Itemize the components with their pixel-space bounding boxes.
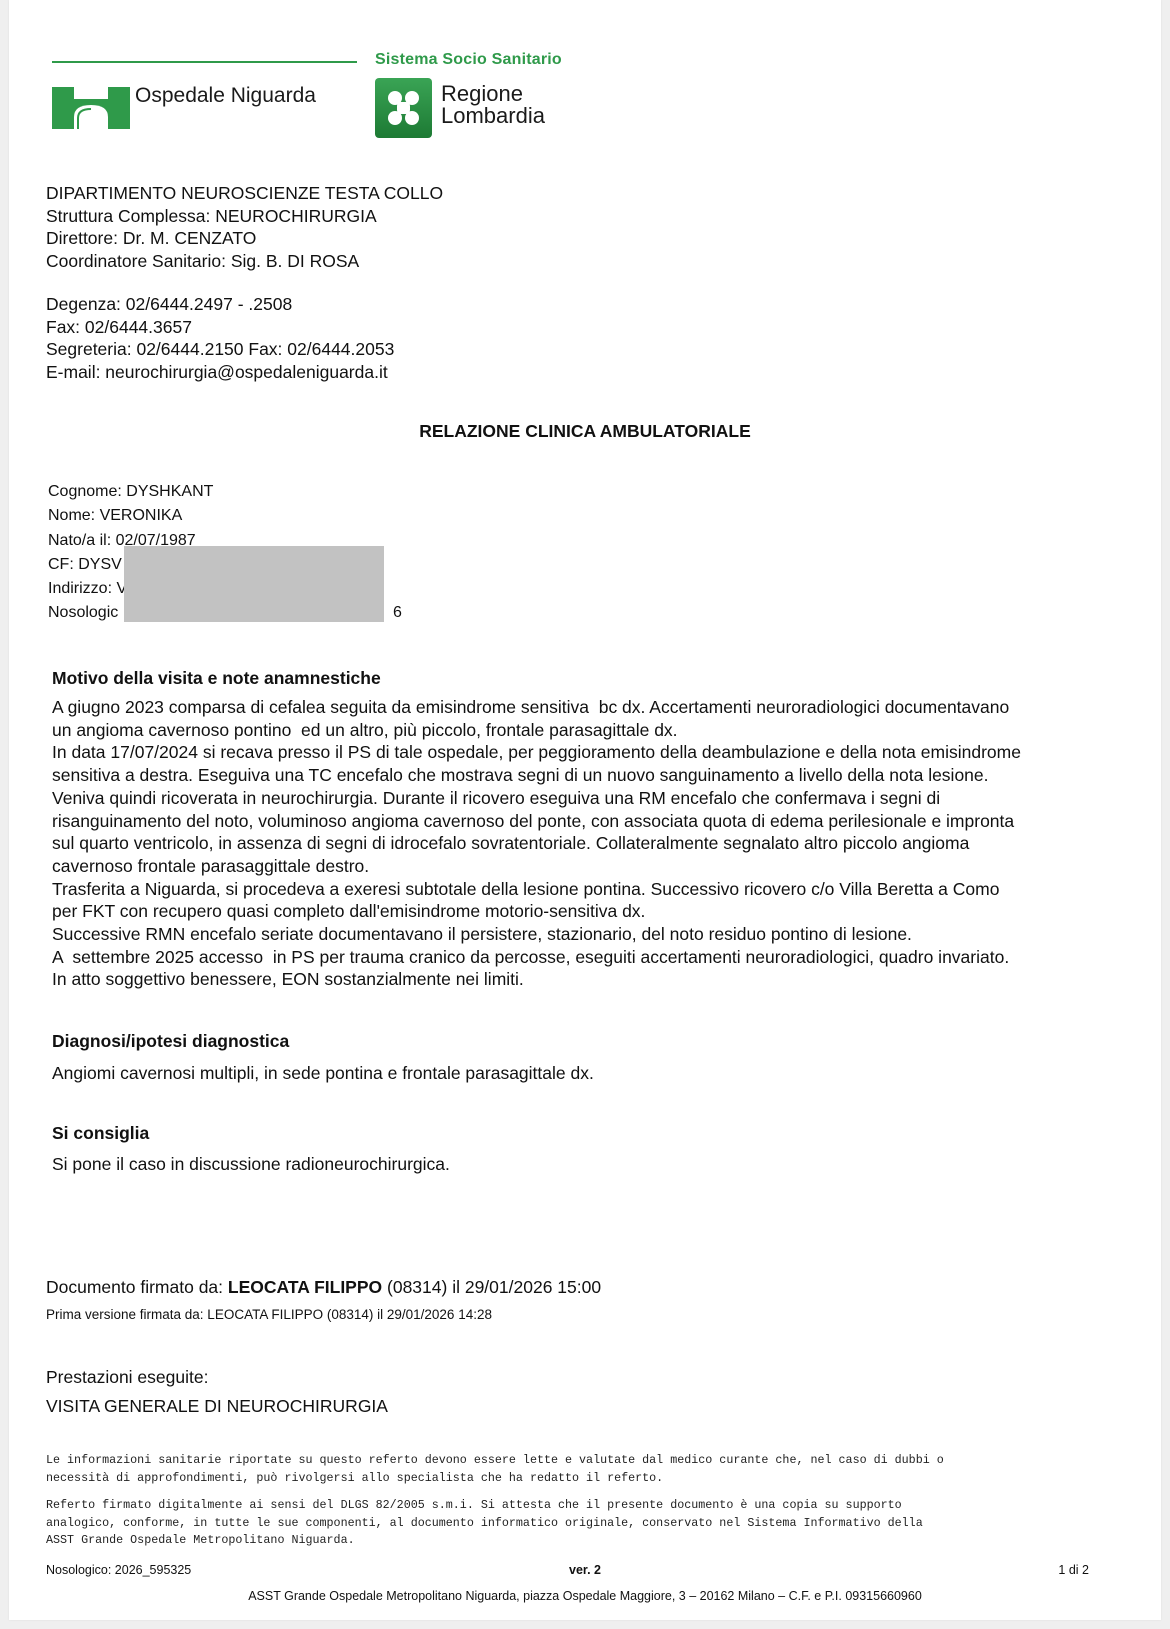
signer-name: LEOCATA FILIPPO	[228, 1277, 382, 1297]
department-structure: Struttura Complessa: NEUROCHIRURGIA	[46, 205, 443, 228]
department-name: DIPARTIMENTO NEUROSCIENZE TESTA COLLO	[46, 182, 443, 205]
disclaimer-info: Le informazioni sanitarie riportate su q…	[46, 1452, 1136, 1487]
hospital-name: Ospedale Niguarda	[135, 84, 316, 108]
redaction-box	[124, 546, 384, 622]
department-block: DIPARTIMENTO NEUROSCIENZE TESTA COLLO St…	[46, 182, 443, 272]
niguarda-logo-icon	[52, 87, 130, 129]
regione-lombardia-logo-icon	[375, 78, 432, 138]
motivo-line: Veniva quindi ricoverata in neurochirurg…	[52, 787, 1132, 810]
motivo-line: cavernoso frontale parasaggittale destro…	[52, 855, 1132, 878]
motivo-line: In data 17/07/2024 si recava presso il P…	[52, 741, 1132, 764]
sistema-socio-sanitario-label: Sistema Socio Sanitario	[375, 51, 562, 69]
disclaimer-digital: Referto firmato digitalmente ai sensi de…	[46, 1497, 1136, 1550]
patient-surname: Cognome: DYSHKANT	[48, 480, 213, 504]
footer-address: ASST Grande Ospedale Metropolitano Nigua…	[9, 1589, 1161, 1603]
footer-version: ver. 2	[9, 1563, 1161, 1577]
contact-segreteria: Segreteria: 02/6444.2150 Fax: 02/6444.20…	[46, 338, 394, 361]
motivo-line: risanguinamento del noto, voluminoso ang…	[52, 810, 1132, 833]
first-version-signature: Prima versione firmata da: LEOCATA FILIP…	[46, 1307, 492, 1322]
section-title-diagnosi: Diagnosi/ipotesi diagnostica	[52, 1031, 289, 1052]
contacts-block: Degenza: 02/6444.2497 - .2508 Fax: 02/64…	[46, 293, 394, 383]
region-name: Regione Lombardia	[441, 83, 545, 127]
department-director: Direttore: Dr. M. CENZATO	[46, 227, 443, 250]
document-page: Sistema Socio Sanitario Ospedale Niguard…	[9, 0, 1161, 1620]
section-body-consiglia: Si pone il caso in discussione radioneur…	[52, 1153, 1132, 1176]
section-body-diagnosi: Angiomi cavernosi multipli, in sede pont…	[52, 1062, 1132, 1085]
section-title-consiglia: Si consiglia	[52, 1123, 149, 1144]
contact-email: E-mail: neurochirurgia@ospedaleniguarda.…	[46, 361, 394, 384]
logo-divider-line	[52, 61, 357, 63]
motivo-line: sul quarto ventricolo, in assenza di seg…	[52, 832, 1132, 855]
footer-page-number: 1 di 2	[1058, 1563, 1089, 1577]
motivo-line: per FKT con recupero quasi completo dall…	[52, 900, 1132, 923]
section-body-motivo: A giugno 2023 comparsa di cefalea seguit…	[52, 696, 1132, 991]
motivo-line: In atto soggettivo benessere, EON sostan…	[52, 968, 1132, 991]
patient-name: Nome: VERONIKA	[48, 504, 213, 528]
motivo-line: A giugno 2023 comparsa di cefalea seguit…	[52, 696, 1132, 719]
motivo-line: sensitiva a destra. Eseguiva una TC ence…	[52, 764, 1132, 787]
prestazioni-value: VISITA GENERALE DI NEUROCHIRURGIA	[46, 1396, 388, 1417]
motivo-line: A settembre 2025 accesso in PS per traum…	[52, 946, 1132, 969]
contact-fax: Fax: 02/6444.3657	[46, 316, 394, 339]
department-coordinator: Coordinatore Sanitario: Sig. B. DI ROSA	[46, 250, 443, 273]
motivo-line: Successive RMN encefalo seriate document…	[52, 923, 1132, 946]
prestazioni-label: Prestazioni eseguite:	[46, 1367, 208, 1388]
section-title-motivo: Motivo della visita e note anamnestiche	[52, 668, 381, 689]
contact-degenza: Degenza: 02/6444.2497 - .2508	[46, 293, 394, 316]
motivo-line: Trasferita a Niguarda, si procedeva a ex…	[52, 878, 1132, 901]
motivo-line: un angioma cavernoso pontino ed un altro…	[52, 719, 1132, 742]
signature-line: Documento firmato da: LEOCATA FILIPPO (0…	[46, 1277, 601, 1298]
report-title: RELAZIONE CLINICA AMBULATORIALE	[9, 421, 1161, 442]
